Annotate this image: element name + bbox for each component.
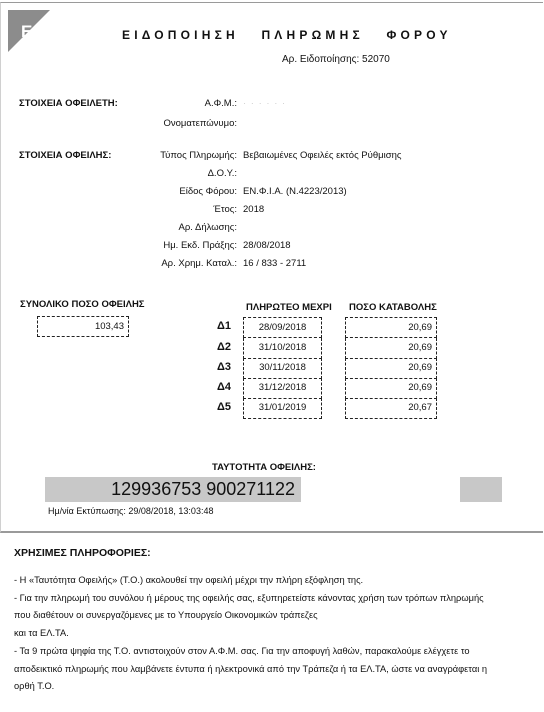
installment-due-date: 31/01/2019 bbox=[243, 398, 322, 419]
field-fullname: Ονοματεπώνυμο: bbox=[0, 118, 544, 132]
info-line: αποδεικτικό πληρωμής που λαμβάνετε έντυπ… bbox=[14, 661, 542, 679]
field-issue-date: Ημ. Εκδ. Πράξης: 28/08/2018 bbox=[0, 240, 544, 254]
info-line: ορθή Τ.Ο. bbox=[14, 678, 542, 696]
total-amount-label: ΣΥΝΟΛΙΚΟ ΠΟΣΟ ΟΦΕΙΛΗΣ bbox=[20, 299, 145, 310]
field-value: · · · · · · bbox=[243, 98, 286, 109]
field-value: Βεβαιωμένες Οφειλές εκτός Ρύθμισης bbox=[243, 150, 401, 161]
installment-amount: 20,67 bbox=[345, 398, 437, 419]
info-line: - Η «Ταυτότητα Οφειλής» (Τ.Ο.) ακολουθεί… bbox=[14, 572, 542, 590]
installment-amount: 20,69 bbox=[345, 317, 437, 338]
field-label: Τύπος Πληρωμής: bbox=[160, 150, 237, 161]
field-declaration-no: Αρ. Δήλωσης: bbox=[0, 222, 544, 236]
field-value: 2018 bbox=[243, 204, 264, 215]
notice-number-label: Αρ. Ειδοποίησης: bbox=[282, 54, 359, 65]
installment-amount: 20,69 bbox=[345, 358, 437, 379]
due-date-header: ΠΛΗΡΩΤΕΟ ΜΕΧΡΙ bbox=[246, 302, 332, 313]
field-label: Αρ. Δήλωσης: bbox=[178, 222, 237, 233]
debt-id-label: ΤΑΥΤΟΤΗΤΑ ΟΦΕΙΛΗΣ: bbox=[212, 462, 316, 473]
page-title: ΕΙΔΟΠΟΙΗΣΗ ΠΛΗΡΩΜΗΣ ΦΟΡΟΥ bbox=[122, 28, 452, 42]
field-label: Ονοματεπώνυμο: bbox=[163, 118, 237, 129]
field-doy: Δ.Ο.Υ.: bbox=[0, 168, 544, 182]
logo-letter: E bbox=[21, 22, 32, 42]
print-date: Ημ/νία Εκτύπωσης: 29/08/2018, 13:03:48 bbox=[48, 506, 213, 516]
installment-due-date: 31/12/2018 bbox=[243, 378, 322, 399]
field-value: ΕΝ.Φ.Ι.Α. (Ν.4223/2013) bbox=[243, 186, 347, 197]
field-value: 28/08/2018 bbox=[243, 240, 291, 251]
field-afm: Α.Φ.Μ.: · · · · · · bbox=[0, 98, 544, 112]
field-payment-type: Τύπος Πληρωμής: Βεβαιωμένες Οφειλές εκτό… bbox=[0, 150, 544, 164]
field-label: Ημ. Εκδ. Πράξης: bbox=[163, 240, 237, 251]
info-text: - Η «Ταυτότητα Οφειλής» (Τ.Ο.) ακολουθεί… bbox=[14, 572, 542, 696]
installment-label: Δ4 bbox=[217, 381, 231, 393]
installment-label: Δ3 bbox=[217, 361, 231, 373]
installment-due-date: 31/10/2018 bbox=[243, 338, 322, 359]
debt-id-value: 129936753 900271122 bbox=[45, 477, 301, 502]
info-line: - Για την πληρωμή του συνόλου ή μέρους τ… bbox=[14, 590, 542, 608]
field-label: Έτος: bbox=[213, 204, 237, 215]
barcode-placeholder bbox=[460, 477, 502, 502]
notice-number-value: 52070 bbox=[362, 54, 390, 65]
field-label: Αρ. Χρημ. Καταλ.: bbox=[161, 258, 237, 269]
field-ledger-no: Αρ. Χρημ. Καταλ.: 16 / 833 - 2711 bbox=[0, 258, 544, 272]
logo-icon: E bbox=[8, 10, 50, 52]
info-line: και τα ΕΛ.ΤΑ. bbox=[14, 625, 542, 643]
installment-label: Δ5 bbox=[217, 401, 231, 413]
field-year: Έτος: 2018 bbox=[0, 204, 544, 218]
field-label: Δ.Ο.Υ.: bbox=[208, 168, 237, 179]
total-amount-value: 103,43 bbox=[37, 316, 129, 337]
notice-number: Αρ. Ειδοποίησης: 52070 bbox=[282, 54, 390, 65]
installment-amount: 20,69 bbox=[345, 378, 437, 399]
installment-due-date: 28/09/2018 bbox=[243, 317, 322, 338]
info-line: που διαθέτουν οι συνεργαζόμενες με το Υπ… bbox=[14, 607, 542, 625]
installment-label: Δ2 bbox=[217, 341, 231, 353]
installment-label: Δ1 bbox=[217, 320, 231, 332]
installment-due-date: 30/11/2018 bbox=[243, 358, 322, 379]
amount-header: ΠΟΣΟ ΚΑΤΑΒΟΛΗΣ bbox=[349, 302, 437, 313]
installment-amount: 20,69 bbox=[345, 338, 437, 359]
field-label: Είδος Φόρου: bbox=[179, 186, 237, 197]
field-label: Α.Φ.Μ.: bbox=[205, 98, 237, 109]
info-line: - Τα 9 πρώτα ψηφία της Τ.Ο. αντιστοιχούν… bbox=[14, 643, 542, 661]
field-value: 16 / 833 - 2711 bbox=[243, 258, 306, 269]
field-tax-type: Είδος Φόρου: ΕΝ.Φ.Ι.Α. (Ν.4223/2013) bbox=[0, 186, 544, 200]
info-title: ΧΡΗΣΙΜΕΣ ΠΛΗΡΟΦΟΡΙΕΣ: bbox=[14, 547, 151, 559]
